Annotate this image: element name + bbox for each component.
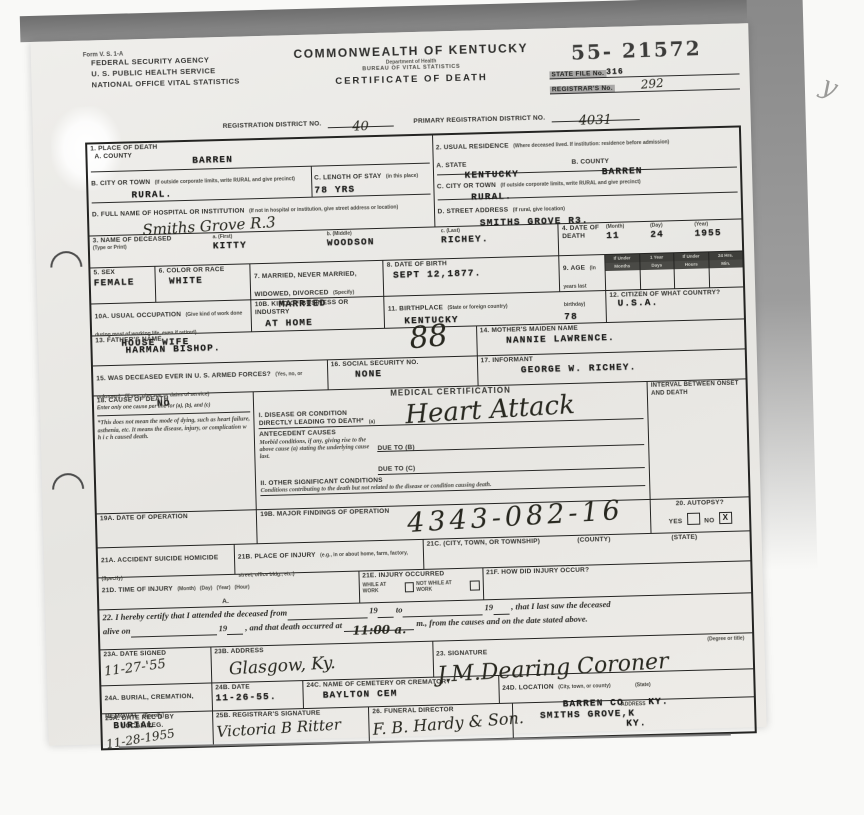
- age-sub-col: 1 Year Days: [640, 253, 675, 289]
- field-date-received: 25a. DATE REC'D BY LOCAL REG. 11-28-1955: [102, 711, 214, 748]
- field-sex: 5. SEX FEMALE: [90, 267, 156, 304]
- field-funeral-director: 26. FUNERAL DIRECTOR F. B. Hardy & Son.: [369, 704, 513, 742]
- field-age: 9. AGE (In years last birthday) 78: [560, 255, 607, 291]
- date-of-death-title: 4. DATE OF DEATH: [562, 224, 607, 254]
- disease-a-prefix: (a): [369, 419, 375, 425]
- usual-residence-title: 2. USUAL RESIDENCE: [436, 143, 509, 152]
- registrar-no-label: REGISTRAR'S No.: [550, 85, 615, 94]
- city-town-label: b. CITY OR TOWN: [91, 179, 150, 188]
- disease-label: I. DISEASE OR CONDITION DIRECTLY LEADING…: [259, 409, 369, 429]
- burial-date-value: 11-26-55.: [215, 691, 300, 704]
- field-date-of-operation: 19a. DATE OF OPERATION: [97, 510, 258, 547]
- state-label: a. STATE: [436, 162, 466, 170]
- field-interval: INTERVAL BETWEEN ONSET AND DEATH: [648, 379, 749, 499]
- sex-value: FEMALE: [94, 276, 152, 289]
- injury-occurred-label: 21e. INJURY OCCURRED: [362, 569, 479, 580]
- reg-district-label: Registration District No.: [223, 120, 322, 131]
- birthplace-note: (State or foreign country): [447, 304, 507, 312]
- primary-district-value: 4031: [551, 110, 639, 122]
- business-value: AT HOME: [265, 315, 381, 329]
- primary-district-label: Primary Registration District No.: [413, 114, 545, 126]
- field-burial-type: 24a. BURIAL, CREMATION, REMOVAL (Specify…: [101, 683, 212, 713]
- field-place-of-death: 1. PLACE OF DEATH a. COUNTY BARREN b. CI…: [87, 136, 435, 236]
- field-burial-date: 24b. DATE 11-26-55.: [212, 681, 304, 710]
- cause-of-death-value: Heart Attack: [404, 394, 575, 428]
- first-name-value: KITTY: [213, 237, 327, 251]
- state-file-label: STATE FILE No.: [549, 70, 606, 78]
- age-sub-header: Min.: [709, 259, 743, 268]
- file-numbers-block: 55- 21572 STATE FILE No. 316 REGISTRAR'S…: [549, 35, 740, 94]
- fd-address-value2: KY.: [626, 714, 752, 728]
- photo-wrapper: Form V. S. 1-A FEDERAL SECURITY AGENCY U…: [0, 0, 839, 815]
- birthplace-label: 11. BIRTHPLACE: [388, 304, 443, 312]
- interval-label: INTERVAL BETWEEN ONSET AND DEATH: [651, 380, 743, 398]
- field-citizen: 12. CITIZEN OF WHAT COUNTRY? U.S.A.: [606, 287, 744, 322]
- field-injury-occurred: 21e. INJURY OCCURRED WHILE AT WORK NOT W…: [359, 568, 484, 602]
- length-of-stay-label: c. LENGTH OF STAY: [314, 173, 381, 182]
- last-name-value: RICHEY.: [441, 231, 555, 245]
- certificate-form: 1. PLACE OF DEATH a. COUNTY BARREN b. CI…: [85, 125, 757, 750]
- state-file-value: 316: [606, 67, 624, 76]
- field-cause-of-death-stub: 18. CAUSE OF DEATH Enter only one cause …: [94, 392, 257, 513]
- field-color-race: 6. COLOR OR RACE WHITE: [156, 264, 252, 301]
- due-to-b-label: DUE TO (b): [377, 444, 414, 452]
- reg-district-value: 40: [327, 117, 393, 129]
- title-block: COMMONWEALTH OF KENTUCKY Department of H…: [273, 40, 550, 101]
- not-while-at-work-label: NOT WHILE AT WORK: [416, 580, 468, 593]
- age-sub-header: Days: [640, 261, 674, 270]
- cause-footnote: *This does not mean the mode of dying, s…: [97, 417, 251, 443]
- street-address-label: d. STREET ADDRESS: [437, 207, 508, 216]
- time-of-death-value: 11:00 a.: [352, 623, 406, 638]
- hole-punch-arc: [52, 473, 84, 490]
- autopsy-label: 20. AUTOPSY?: [654, 498, 746, 509]
- injury-city-label: 21c. (CITY, TOWN, OR TOWNSHIP): [427, 537, 578, 568]
- length-of-stay-value: 78 YRS: [314, 182, 430, 196]
- agency-block: Form V. S. 1-A FEDERAL SECURITY AGENCY U…: [83, 48, 274, 107]
- field-usual-residence: 2. USUAL RESIDENCE (Where deceased lived…: [433, 127, 742, 226]
- dod-month-value: 11: [606, 229, 650, 241]
- registrar-no-line: REGISTRAR'S No. 292: [550, 76, 740, 94]
- age-sub-col: If Under Months: [605, 254, 640, 290]
- length-of-stay-note: (in this place): [386, 173, 418, 180]
- injury-county-label: (COUNTY): [577, 534, 672, 563]
- location-label: 24d. LOCATION: [502, 684, 554, 692]
- county-value: BARREN: [192, 154, 233, 169]
- age-label: 9. AGE: [563, 265, 585, 273]
- age-sub-col: If Under Hours: [674, 252, 709, 288]
- res-county-label: b. COUNTY: [571, 158, 609, 166]
- marital-note: (Specify): [333, 290, 354, 297]
- field-medical-certification: MEDICAL CERTIFICATION I. DISEASE OR COND…: [254, 382, 651, 509]
- injury-time-label: 21d. TIME OF INJURY: [102, 585, 173, 594]
- photo-canvas: Form V. S. 1-A FEDERAL SECURITY AGENCY U…: [0, 0, 864, 815]
- antecedent-note: Morbid conditions, if any, giving rise t…: [259, 437, 378, 478]
- accident-label: 21a. ACCIDENT SUICIDE HOMICIDE: [101, 554, 219, 564]
- field-date-of-birth: 8. DATE OF BIRTH SEPT 12,1877.: [384, 256, 561, 296]
- field-armed-forces: 15. WAS DECEASED EVER IN U. S. ARMED FOR…: [93, 360, 328, 395]
- field-accident-suicide-homicide: 21a. ACCIDENT SUICIDE HOMICIDE (Specify): [98, 545, 236, 578]
- armed-forces-label: 15. WAS DECEASED EVER IN U. S. ARMED FOR…: [96, 371, 271, 383]
- ssn-value: NONE: [355, 366, 474, 380]
- age-sub-header: Months: [605, 262, 639, 271]
- field-kind-of-business: 10b. KIND OF BUSINESS OR INDUSTRY AT HOM…: [252, 297, 386, 331]
- certificate-header: Form V. S. 1-A FEDERAL SECURITY AGENCY U…: [83, 35, 740, 106]
- field-autopsy: 20. AUTOPSY? YES NO X: [651, 497, 750, 533]
- location-note1: (City, town, or county): [558, 683, 611, 690]
- registrar-no-value: 292: [640, 76, 664, 92]
- autopsy-no-checkbox: X: [719, 512, 732, 524]
- dod-day-value: 24: [650, 228, 694, 240]
- field-date-signed: 23a. DATE SIGNED 11-27-'55: [100, 647, 212, 685]
- location-note2: (State): [635, 682, 651, 688]
- city-town-note: (If outside corporate limits, write RURA…: [155, 177, 295, 187]
- field-marital-status: 7. MARRIED, NEVER MARRIED, WIDOWED, DIVO…: [251, 261, 385, 299]
- field-registrar-signature: 25b. REGISTRAR'S SIGNATURE Victoria B Ri…: [213, 707, 370, 745]
- race-value: WHITE: [169, 274, 247, 287]
- autopsy-no-mark: X: [723, 513, 729, 522]
- age-sub-header: Hours: [674, 260, 708, 269]
- injury-time-cols: (Month) (Day) (Year) (Hour): [177, 584, 249, 592]
- degree-title-note: (Degree or title): [707, 636, 744, 643]
- pencil-mark: y: [817, 70, 843, 103]
- field-place-of-injury: 21b. PLACE OF INJURY (e.g., in or about …: [235, 540, 425, 574]
- res-city-label: c. CITY OR TOWN: [437, 182, 496, 191]
- autopsy-yes-label: YES: [669, 519, 683, 526]
- field-signature: 23. SIGNATURE (Degree or title) J.M.Dear…: [433, 633, 753, 676]
- autopsy-yes-checkbox: [687, 513, 700, 525]
- death-certificate-sheet: Form V. S. 1-A FEDERAL SECURITY AGENCY U…: [30, 23, 766, 746]
- field-date-of-death: 4. DATE OF DEATH (Month) 11 (Day) 24 (Ye…: [559, 219, 742, 255]
- due-to-c-label: DUE TO (c): [378, 465, 415, 473]
- injury-place-label: 21b. PLACE OF INJURY: [238, 552, 316, 561]
- field-funeral-director-address: ADDRESS SMITHS GROVE,K KY.: [513, 697, 755, 737]
- signature-label: 23. SIGNATURE: [436, 649, 487, 657]
- usual-residence-note: (Where deceased lived. If institution: r…: [513, 139, 669, 149]
- county-label: a. COUNTY: [94, 153, 132, 172]
- field-signer-address: 23b. ADDRESS Glasgow, Ky.: [211, 642, 434, 683]
- occupation-label: 10a. USUAL OCCUPATION: [95, 311, 182, 320]
- dod-year-value: 1955: [694, 227, 738, 239]
- while-at-work-label: WHILE AT WORK: [363, 582, 403, 595]
- street-address-note: (If rural, give location): [513, 206, 565, 213]
- res-city-note: (If outside corporate limits, write RURA…: [500, 179, 640, 189]
- field-social-security: 16. SOCIAL SECURITY NO. NONE: [328, 356, 479, 389]
- field-usual-occupation: 10a. USUAL OCCUPATION (Give kind of work…: [91, 300, 252, 335]
- not-while-at-work-checkbox: [470, 581, 480, 591]
- middle-name-value: WOODSON: [327, 234, 441, 248]
- autopsy-no-label: NO: [704, 518, 714, 525]
- operation-date-label: 19a. DATE OF OPERATION: [100, 511, 254, 523]
- age-sub-col: 24 Hrs. Min.: [709, 251, 743, 287]
- while-at-work-checkbox: [404, 583, 414, 593]
- hole-punch-arc: [50, 251, 82, 268]
- handwritten-88: 88: [408, 318, 449, 356]
- field-age-subboxes: If Under Months 1 Year Days If Under Hou…: [605, 251, 743, 290]
- state-file-stamp: 55- 21572: [570, 35, 739, 65]
- injury-state-label: (STATE): [671, 532, 747, 561]
